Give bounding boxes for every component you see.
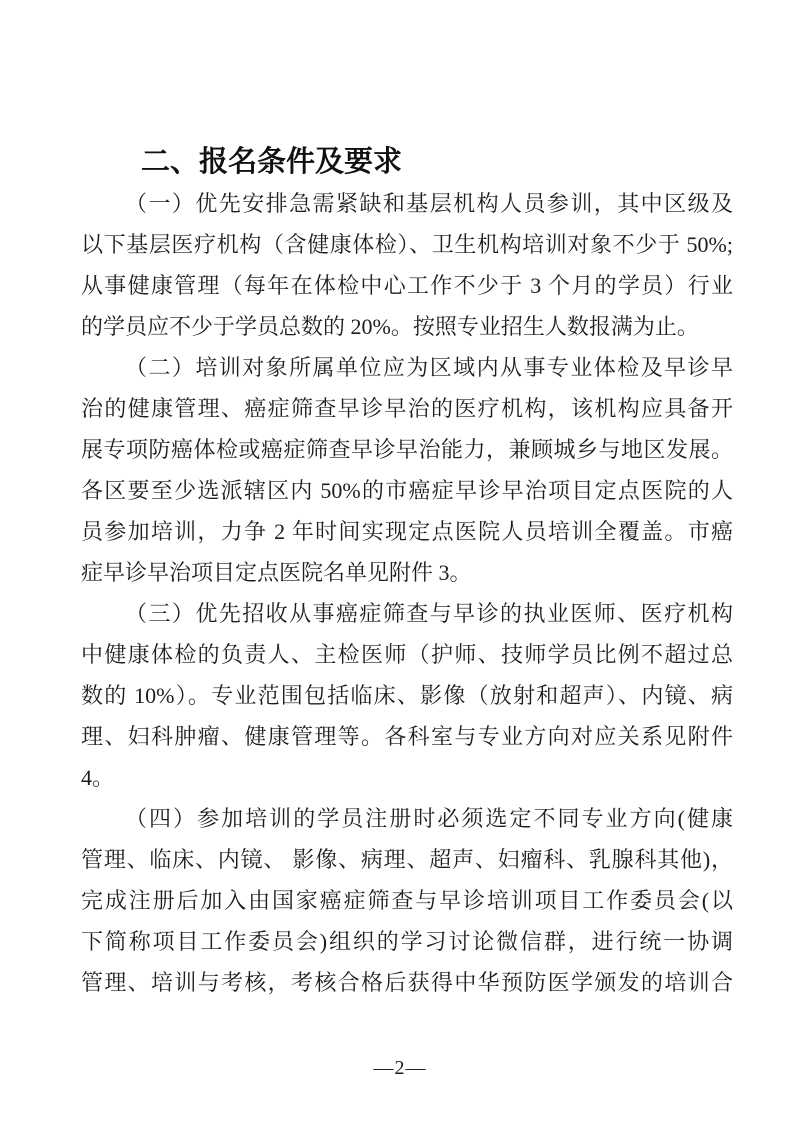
text-line: 完成注册后加入由国家癌症筛查与早诊培训项目工作委员会(以 [81, 880, 733, 921]
text-line: 各区要至少选派辖区内 50%的市癌症早诊早治项目定点医院的人 [81, 470, 733, 511]
text-line: 症早诊早治项目定点医院名单见附件 3。 [81, 552, 733, 593]
text-line: 理、妇科肿瘤、健康管理等。各科室与专业方向对应关系见附件 [81, 716, 733, 757]
text-line: 以下基层医疗机构（含健康体检）、卫生机构培训对象不少于 50%; [81, 224, 733, 265]
text-line: （四）参加培训的学员注册时必须选定不同专业方向(健康 [81, 798, 733, 839]
document-page: 二、报名条件及要求 （一）优先安排急需紧缺和基层机构人员参训，其中区级及 以下基… [0, 0, 800, 1131]
document-content: 二、报名条件及要求 （一）优先安排急需紧缺和基层机构人员参训，其中区级及 以下基… [81, 142, 733, 1003]
text-line: 从事健康管理（每年在体检中心工作不少于 3 个月的学员）行业 [81, 265, 733, 306]
text-line: 管理、临床、内镜、 影像、病理、超声、妇瘤科、乳腺科其他)， [81, 839, 733, 880]
text-line: （一）优先安排急需紧缺和基层机构人员参训，其中区级及 [81, 183, 733, 224]
text-line: 员参加培训，力争 2 年时间实现定点医院人员培训全覆盖。市癌 [81, 511, 733, 552]
text-line: 的学员应不少于学员总数的 20%。按照专业招生人数报满为止。 [81, 306, 733, 347]
text-line: 4。 [81, 757, 733, 798]
text-line: 治的健康管理、癌症筛查早诊早治的医疗机构，该机构应具备开 [81, 388, 733, 429]
section-heading: 二、报名条件及要求 [81, 142, 733, 183]
text-line: 中健康体检的负责人、主检医师（护师、技师学员比例不超过总 [81, 634, 733, 675]
text-line: 数的 10%）。专业范围包括临床、影像（放射和超声）、内镜、病 [81, 675, 733, 716]
text-line: （三）优先招收从事癌症筛查与早诊的执业医师、医疗机构 [81, 593, 733, 634]
text-line: （二）培训对象所属单位应为区域内从事专业体检及早诊早 [81, 347, 733, 388]
text-line: 展专项防癌体检或癌症筛查早诊早治能力，兼顾城乡与地区发展。 [81, 429, 733, 470]
text-line: 下简称项目工作委员会)组织的学习讨论微信群，进行统一协调 [81, 921, 733, 962]
text-line: 管理、培训与考核，考核合格后获得中华预防医学颁发的培训合 [81, 962, 733, 1003]
page-number: —2— [0, 1057, 800, 1080]
